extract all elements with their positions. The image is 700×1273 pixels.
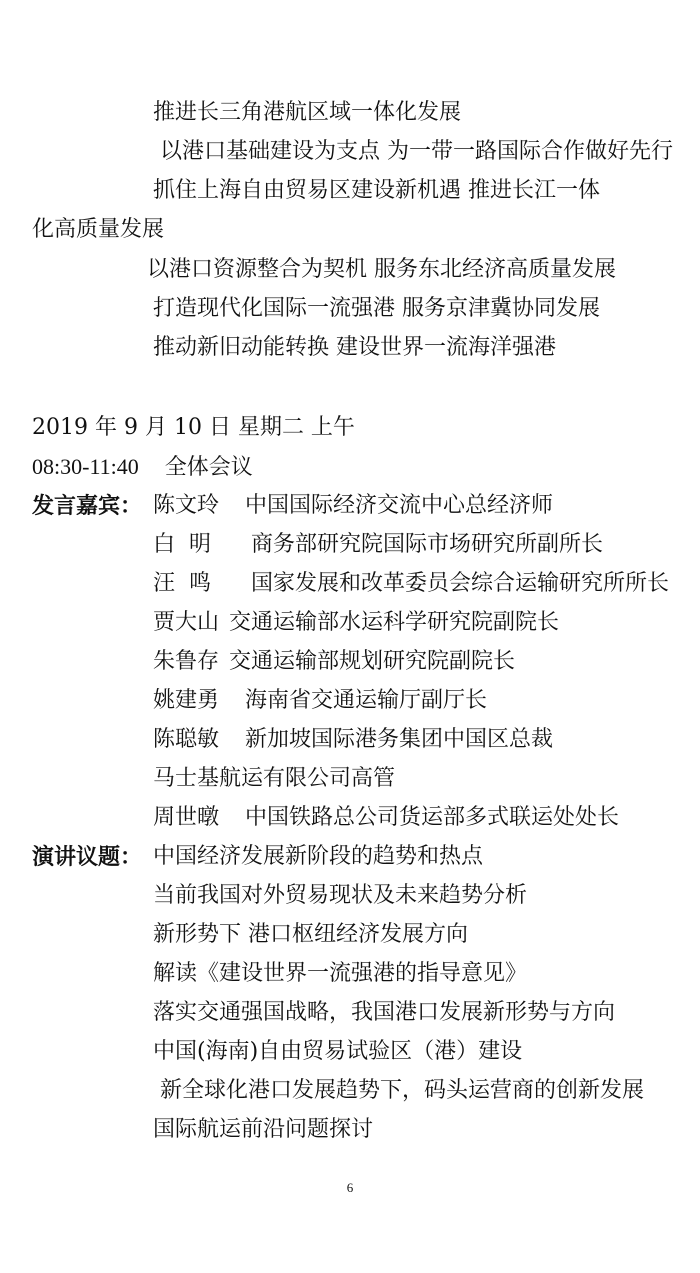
guest-name: 周世暾	[153, 805, 219, 830]
topic-item: 国际航运前沿问题探讨	[153, 1116, 373, 1144]
guest-row: 马士基航运有限公司高管	[153, 765, 395, 793]
intro-line-2: 以港口基础建设为支点 为一带一路国际合作做好先行	[160, 138, 673, 166]
topic-item: 新形势下 港口枢纽经济发展方向	[153, 921, 468, 949]
guest-title: 交通运输部水运科学研究院副院长	[229, 610, 559, 635]
guest-row: 陈文玲中国国际经济交流中心总经济师	[153, 492, 553, 520]
guest-row: 陈聪敏新加坡国际港务集团中国区总裁	[153, 726, 553, 754]
guest-name: 白 明	[153, 531, 225, 559]
session-title: 全体会议	[165, 455, 253, 480]
session-time: 08:30-11:40	[32, 454, 139, 479]
topic-item: 解读《建设世界一流强港的指导意见》	[153, 960, 527, 988]
session-date: 2019 年 9 月 10 日 星期二 上午	[32, 414, 355, 442]
guest-title: 商务部研究院国际市场研究所副所长	[251, 532, 603, 557]
intro-line-3: 抓住上海自由贸易区建设新机遇 推进长江一体	[153, 177, 600, 205]
guest-row: 白 明商务部研究院国际市场研究所副所长	[153, 531, 603, 559]
guest-title: 中国铁路总公司货运部多式联运处处长	[245, 805, 619, 830]
topic-item: 中国经济发展新阶段的趋势和热点	[153, 843, 483, 871]
guest-title: 交通运输部规划研究院副院长	[229, 649, 515, 674]
guest-row: 贾大山交通运输部水运科学研究院副院长	[153, 609, 559, 637]
page-number: 6	[0, 1180, 700, 1196]
guest-title: 海南省交通运输厅副厅长	[245, 688, 487, 713]
guest-title: 新加坡国际港务集团中国区总裁	[245, 727, 553, 752]
topics-label: 演讲议题：	[32, 843, 142, 871]
session-time-row: 08:30-11:40全体会议	[32, 453, 253, 482]
guest-title: 中国国际经济交流中心总经济师	[245, 493, 553, 518]
guest-row: 周世暾中国铁路总公司货运部多式联运处处长	[153, 804, 619, 832]
guest-row: 朱鲁存交通运输部规划研究院副院长	[153, 648, 515, 676]
guest-name: 贾大山	[153, 610, 219, 635]
guest-row: 汪 鸣国家发展和改革委员会综合运输研究所所长	[153, 570, 669, 598]
guest-row: 姚建勇海南省交通运输厅副厅长	[153, 687, 487, 715]
topic-item: 当前我国对外贸易现状及未来趋势分析	[153, 882, 527, 910]
guest-name: 姚建勇	[153, 688, 219, 713]
guest-name: 汪 鸣	[153, 570, 225, 598]
intro-line-7: 推动新旧动能转换 建设世界一流海洋强港	[153, 334, 556, 362]
guest-title: 国家发展和改革委员会综合运输研究所所长	[251, 571, 669, 596]
intro-line-1: 推进长三角港航区域一体化发展	[153, 99, 461, 127]
topic-item: 落实交通强国战略，我国港口发展新形势与方向	[153, 999, 615, 1027]
guest-title: 马士基航运有限公司高管	[153, 766, 395, 791]
guests-label: 发言嘉宾：	[32, 492, 142, 520]
intro-line-5: 以港口资源整合为契机 服务东北经济高质量发展	[147, 256, 616, 284]
intro-line-4: 化高质量发展	[32, 216, 164, 244]
guest-name: 朱鲁存	[153, 649, 219, 674]
guest-name: 陈文玲	[153, 493, 219, 518]
topic-item: 中国(海南)自由贸易试验区（港）建设	[153, 1038, 522, 1066]
intro-line-6: 打造现代化国际一流强港 服务京津冀协同发展	[153, 295, 600, 323]
topic-item: 新全球化港口发展趋势下，码头运营商的创新发展	[153, 1077, 644, 1105]
guest-name: 陈聪敏	[153, 727, 219, 752]
